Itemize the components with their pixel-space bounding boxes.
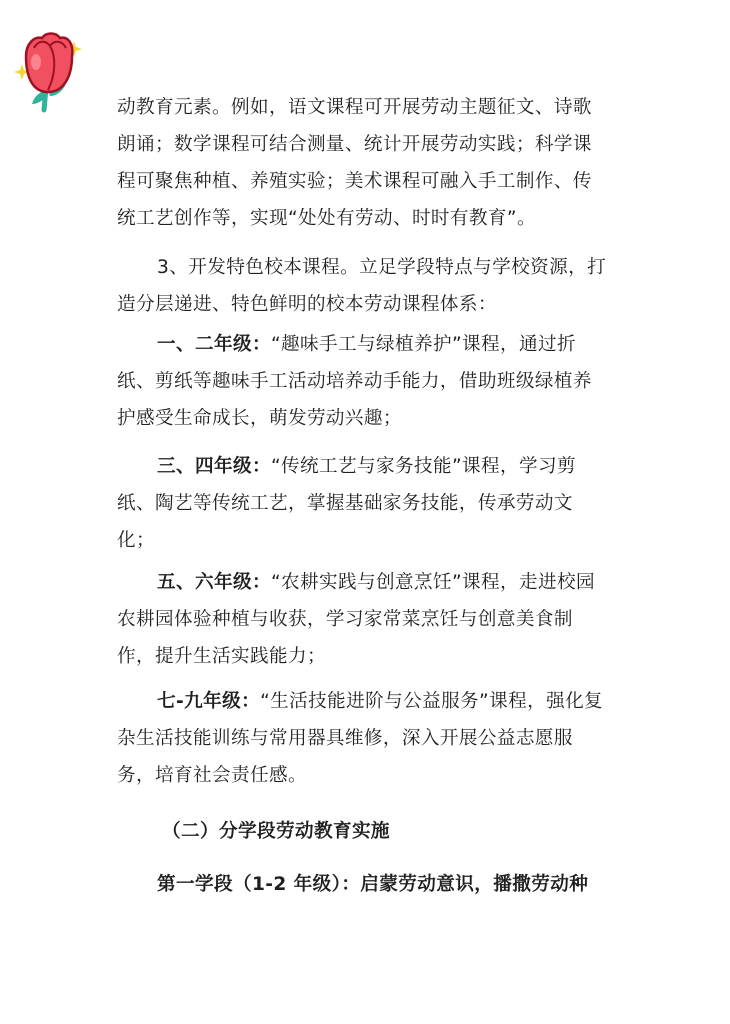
grade-label-7-9: 七-九年级： — [157, 691, 260, 712]
paragraph-3-line-3: 护感受生命成长，萌发劳动兴趣； — [117, 407, 402, 431]
paragraph-6-line-3: 务，培育社会责任感。 — [117, 764, 307, 788]
paragraph-3-line-2: 纸、剪纸等趣味手工活动培养动手能力，借助班级绿植养 — [117, 370, 592, 394]
paragraph-2-line-2: 造分层递进、特色鲜明的校本劳动课程体系： — [117, 293, 497, 317]
paragraph-6-line-1-text: “生活技能进阶与公益服务”课程，强化复 — [260, 691, 603, 712]
paragraph-6-line-2: 杂生活技能训练与常用器具维修，深入开展公益志愿服 — [117, 727, 573, 751]
paragraph-1-line-3: 程可聚焦种植、养殖实验；美术课程可融入手工制作、传 — [117, 170, 592, 194]
paragraph-4-line-1-text: “传统工艺与家务技能”课程，学习剪 — [271, 456, 576, 477]
paragraph-1-line-2: 朗诵；数学课程可结合测量、统计开展劳动实践；科学课 — [117, 133, 592, 157]
paragraph-2-line-1: 3、开发特色校本课程。立足学段特点与学校资源，打 — [157, 256, 606, 280]
paragraph-4-line-2: 纸、陶艺等传统工艺，掌握基础家务技能，传承劳动文 — [117, 492, 573, 516]
paragraph-3-line-1: 一、二年级：“趣味手工与绿植养护”课程，通过折 — [157, 333, 576, 357]
stage-1-heading-line: 第一学段（1-2 年级）：启蒙劳动意识，播撒劳动种 — [157, 873, 588, 897]
paragraph-5-line-2: 农耕园体验种植与收获，学习家常菜烹饪与创意美食制 — [117, 608, 573, 632]
paragraph-1-line-4: 统工艺创作等，实现“处处有劳动、时时有教育”。 — [117, 207, 536, 231]
section-heading: （二）分学段劳动教育实施 — [162, 820, 390, 844]
grade-label-5-6: 五、六年级： — [157, 572, 271, 593]
paragraph-3-line-1-text: “趣味手工与绿植养护”课程，通过折 — [271, 334, 576, 355]
rose-emoji-icon — [12, 26, 82, 116]
paragraph-5-line-3: 作，提升生活实践能力； — [117, 645, 326, 669]
paragraph-5-line-1: 五、六年级：“农耕实践与创意烹饪”课程，走进校园 — [157, 571, 595, 595]
paragraph-4-line-3: 化； — [117, 529, 155, 553]
grade-label-3-4: 三、四年级： — [157, 456, 271, 477]
paragraph-4-line-1: 三、四年级：“传统工艺与家务技能”课程，学习剪 — [157, 455, 576, 479]
paragraph-6-line-1: 七-九年级：“生活技能进阶与公益服务”课程，强化复 — [157, 690, 603, 714]
grade-label-1-2: 一、二年级： — [157, 334, 271, 355]
paragraph-5-line-1-text: “农耕实践与创意烹饪”课程，走进校园 — [271, 572, 595, 593]
paragraph-1-line-1: 动教育元素。例如，语文课程可开展劳动主题征文、诗歌 — [117, 96, 592, 120]
